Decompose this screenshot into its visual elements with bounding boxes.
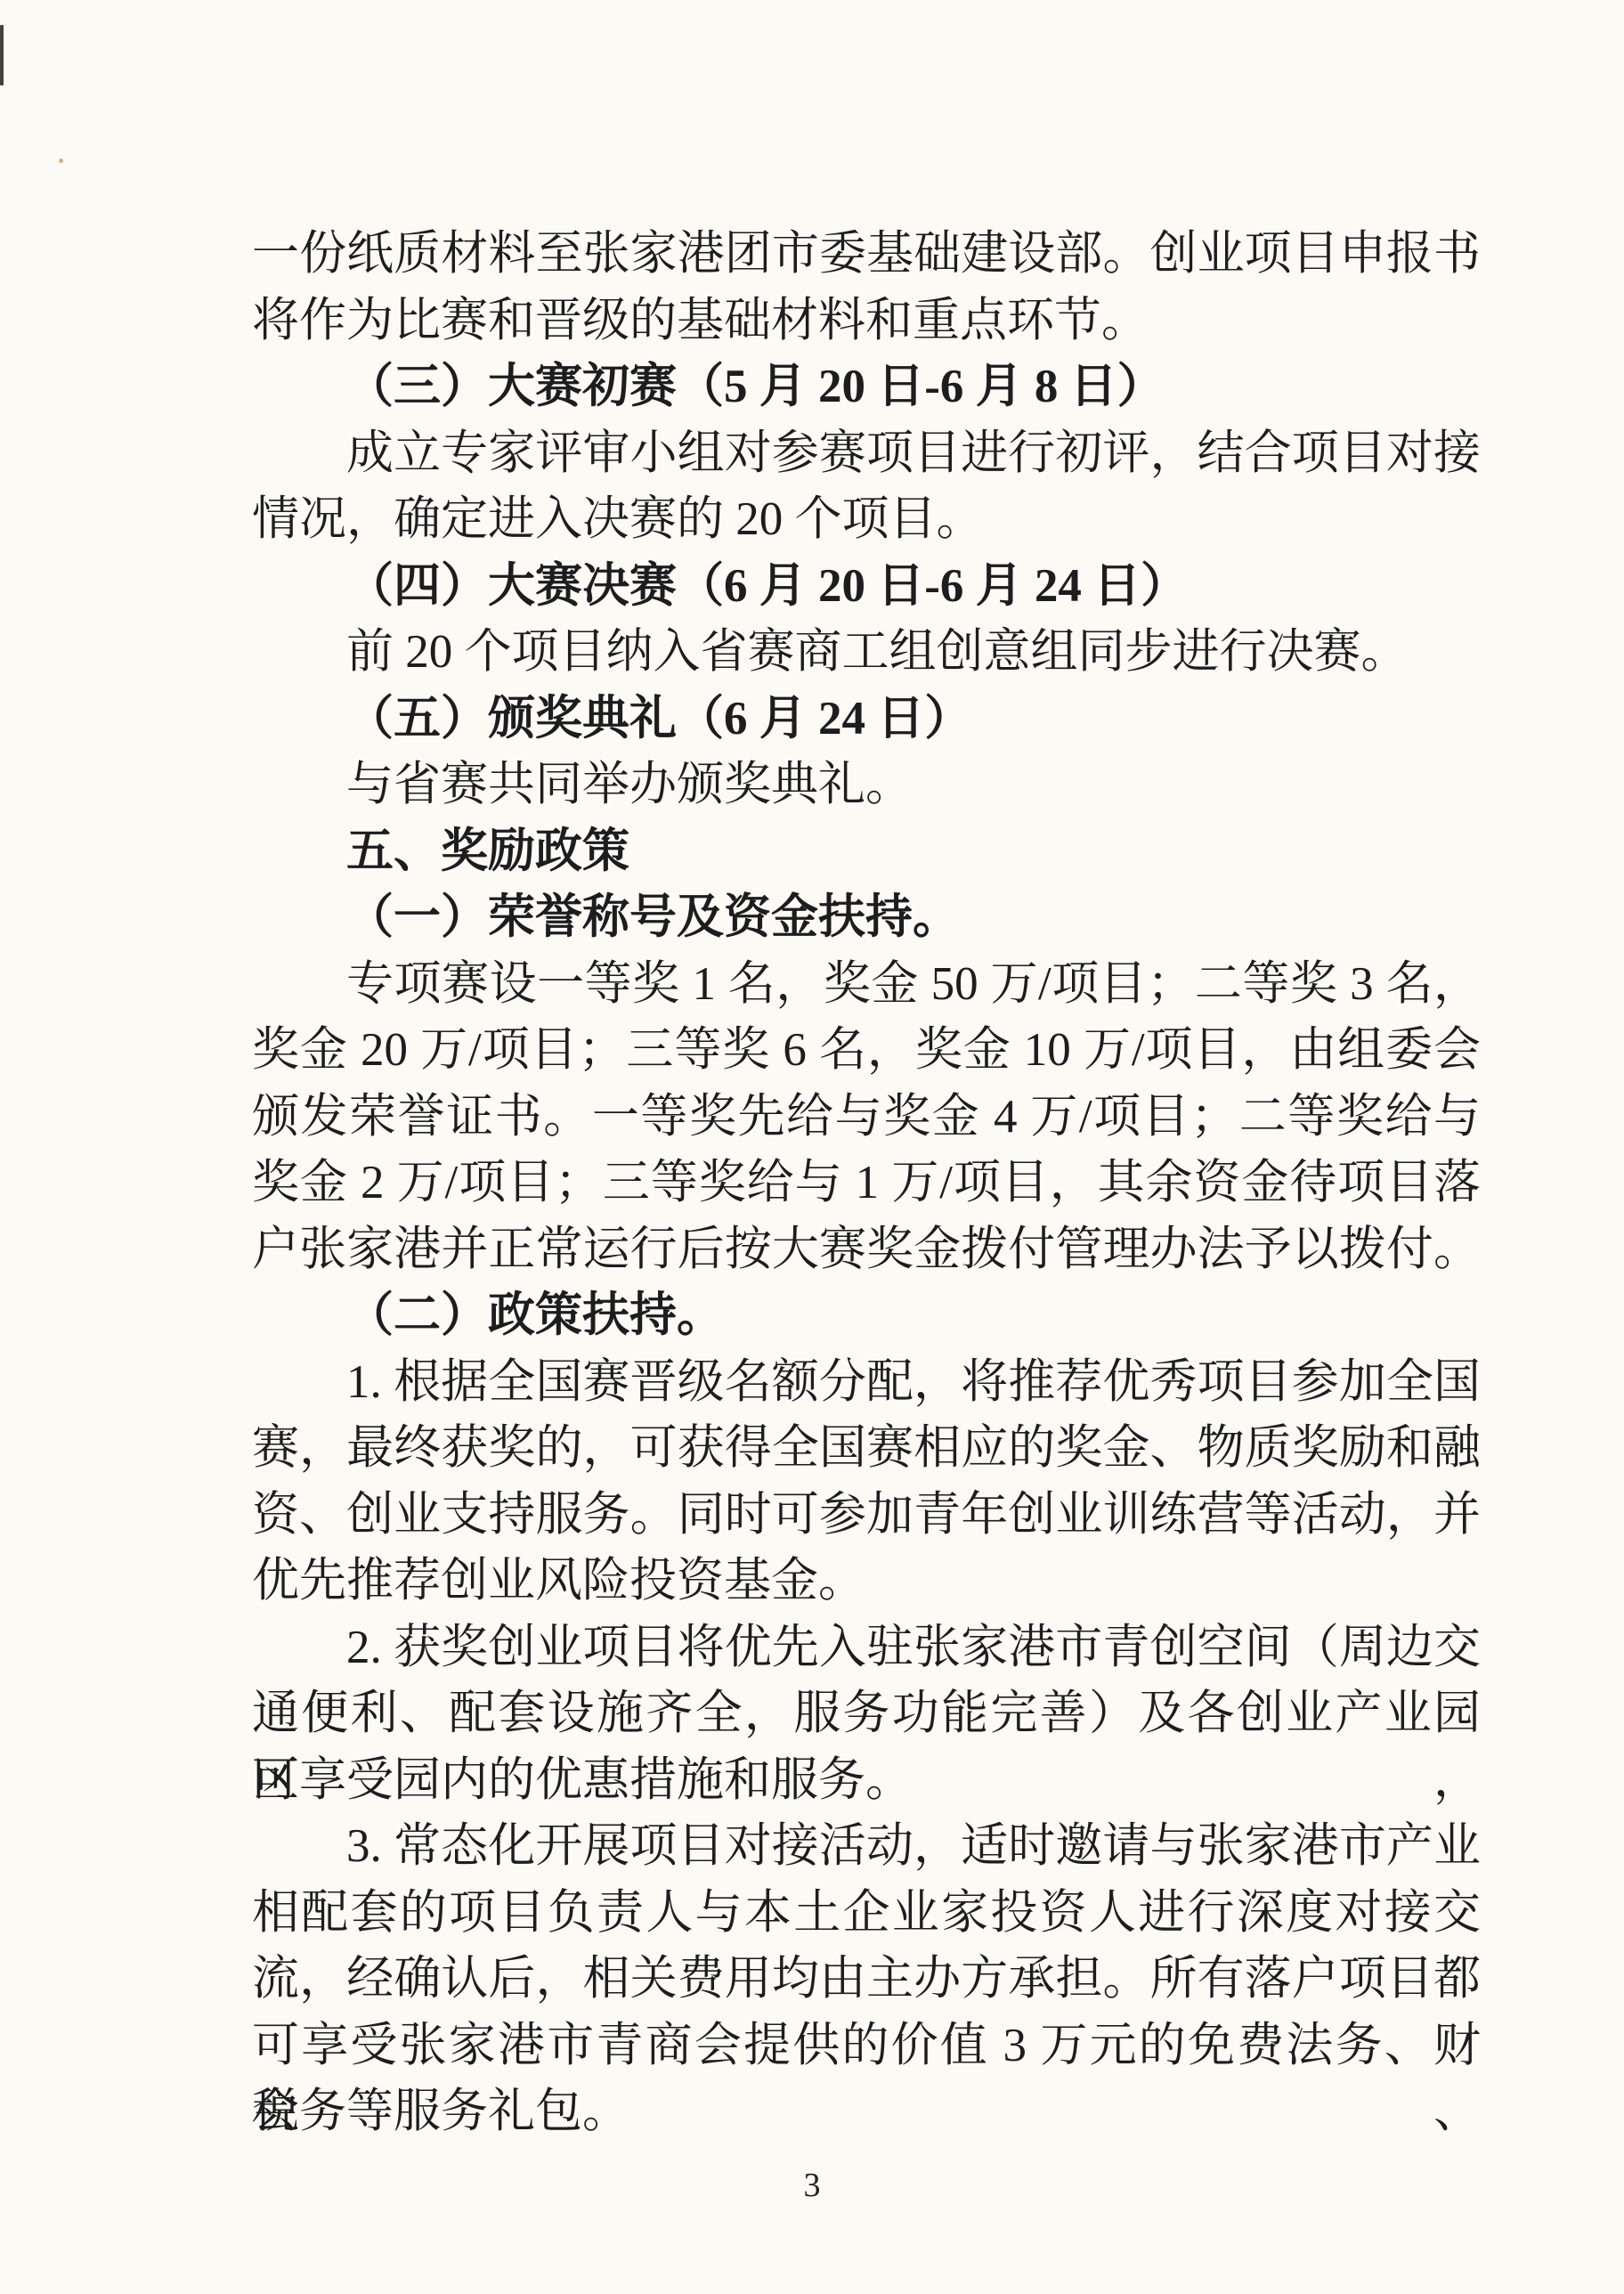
text-line: 优先推荐创业风险投资基金。 bbox=[252, 1548, 1481, 1615]
text-line: 可享受张家港市青商会提供的价值 3 万元的免费法务、财会、 bbox=[252, 2013, 1481, 2079]
document-page: 一份纸质材料至张家港团市委基础建设部。创业项目申报书将作为比赛和晋级的基础材料和… bbox=[0, 0, 1624, 2294]
text-line: 资、创业支持服务。同时可参加青年创业训练营等活动，并 bbox=[252, 1482, 1481, 1549]
text-line: （四）大赛决赛（6 月 20 日-6 月 24 日） bbox=[252, 553, 1481, 620]
text-line: 1. 根据全国赛晋级名额分配，将推荐优秀项目参加全国 bbox=[252, 1349, 1481, 1416]
document-text-block: 一份纸质材料至张家港团市委基础建设部。创业项目申报书将作为比赛和晋级的基础材料和… bbox=[252, 221, 1481, 2145]
scan-speck-artifact bbox=[59, 159, 63, 163]
text-line: 前 20 个项目纳入省赛商工组创意组同步进行决赛。 bbox=[252, 619, 1481, 686]
text-line: 专项赛设一等奖 1 名，奖金 50 万/项目；二等奖 3 名， bbox=[252, 951, 1481, 1018]
text-line: 通便利、配套设施齐全，服务功能完善）及各创业产业园区， bbox=[252, 1680, 1481, 1747]
text-line: 情况，确定进入决赛的 20 个项目。 bbox=[252, 486, 1481, 553]
text-line: 户张家港并正常运行后按大赛奖金拨付管理办法予以拨付。 bbox=[252, 1216, 1481, 1283]
text-line: 将作为比赛和晋级的基础材料和重点环节。 bbox=[252, 288, 1481, 354]
text-line: （二）政策扶持。 bbox=[252, 1282, 1481, 1349]
text-line: 与省赛共同举办颁奖典礼。 bbox=[252, 752, 1481, 818]
text-line: （一）荣誉称号及资金扶持。 bbox=[252, 884, 1481, 951]
text-line: 颁发荣誉证书。一等奖先给与奖金 4 万/项目；二等奖给与 bbox=[252, 1084, 1481, 1151]
text-line: （三）大赛初赛（5 月 20 日-6 月 8 日） bbox=[252, 354, 1481, 420]
text-line: 奖金 20 万/项目；三等奖 6 名，奖金 10 万/项目，由组委会 bbox=[252, 1017, 1481, 1084]
text-line: （五）颁奖典礼（6 月 24 日） bbox=[252, 686, 1481, 752]
text-line: 赛，最终获奖的，可获得全国赛相应的奖金、物质奖励和融 bbox=[252, 1415, 1481, 1482]
text-line: 五、奖励政策 bbox=[252, 818, 1481, 885]
text-line: 2. 获奖创业项目将优先入驻张家港市青创空间（周边交 bbox=[252, 1615, 1481, 1681]
scan-edge-artifact bbox=[0, 25, 4, 85]
text-line: 相配套的项目负责人与本土企业家投资人进行深度对接交 bbox=[252, 1880, 1481, 1947]
text-line: 流，经确认后，相关费用均由主办方承担。所有落户项目都 bbox=[252, 1946, 1481, 2013]
text-line: 成立专家评审小组对参赛项目进行初评，结合项目对接 bbox=[252, 420, 1481, 487]
text-line: 3. 常态化开展项目对接活动，适时邀请与张家港市产业 bbox=[252, 1813, 1481, 1880]
text-line: 奖金 2 万/项目；三等奖给与 1 万/项目，其余资金待项目落 bbox=[252, 1150, 1481, 1216]
text-line: 一份纸质材料至张家港团市委基础建设部。创业项目申报书 bbox=[252, 221, 1481, 288]
page-number: 3 bbox=[0, 2166, 1624, 2205]
